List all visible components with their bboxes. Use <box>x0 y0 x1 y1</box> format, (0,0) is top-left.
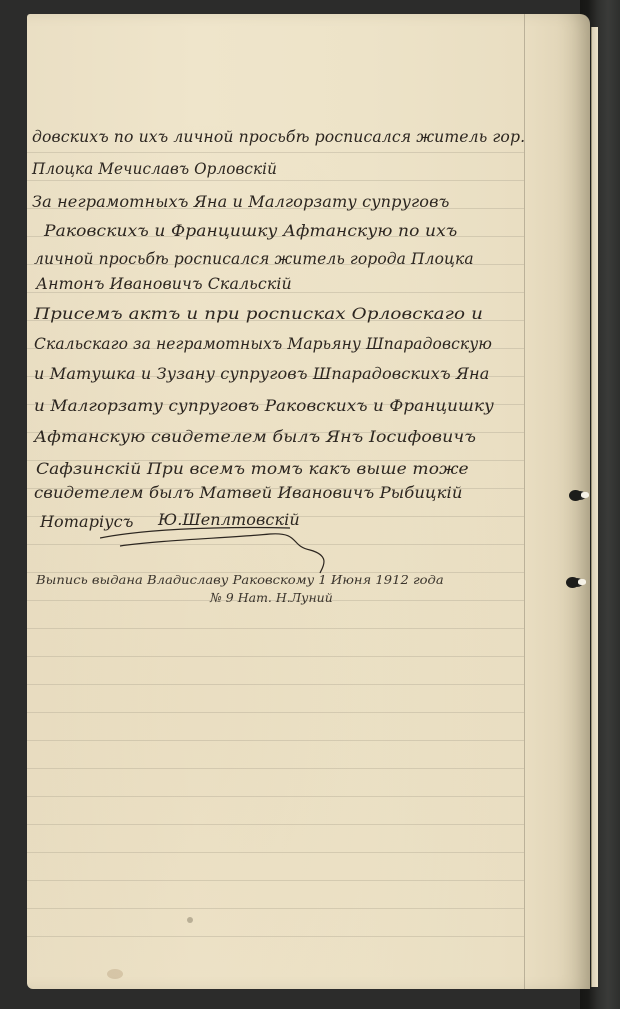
ruled-line <box>27 712 524 713</box>
ruled-line <box>27 908 524 909</box>
text-line: Афтанскую свидетелем былъ Янъ Іосифовичъ <box>34 428 476 446</box>
signature-flourish <box>100 518 330 578</box>
paper-stain <box>187 917 193 923</box>
next-page-edge <box>591 27 598 987</box>
issuance-note: Выпись выдана Владиславу Раковскому 1 Ию… <box>36 572 444 587</box>
binding-hole <box>569 490 582 501</box>
text-line: личной просьбѣ росписался житель города … <box>34 250 474 268</box>
text-line: и Малгорзату супруговъ Раковскихъ и Фран… <box>34 397 494 415</box>
ruled-line <box>27 656 524 657</box>
text-line: и Матушка и Зузану супруговъ Шпарадовски… <box>34 365 489 383</box>
text-line: довскихъ по ихъ личной просьбѣ росписалс… <box>32 128 525 146</box>
text-line: свидетелем былъ Матвей Ивановичъ Рыбицкі… <box>34 484 463 502</box>
document-scan: довскихъ по ихъ личной просьбѣ росписалс… <box>0 0 620 1009</box>
text-line: Скальскаго за неграмотныхъ Марьяну Шпара… <box>34 335 492 353</box>
text-line: Антонъ Ивановичъ Скальскій <box>36 275 292 293</box>
margin-line <box>524 14 525 989</box>
ruled-line <box>27 628 524 629</box>
issuance-note-ref: № 9 Нат. Н.Луний <box>210 590 333 605</box>
ruled-line <box>27 936 524 937</box>
text-line: Сафзинскій При всемъ томъ какъ выше тоже <box>36 460 469 478</box>
binding-hole <box>566 577 579 588</box>
ruled-line <box>27 824 524 825</box>
text-line: За неграмотныхъ Яна и Малгорзату супруго… <box>32 193 449 211</box>
ruled-line <box>27 740 524 741</box>
text-line: Раковскихъ и Францишку Афтанскую по ихъ <box>44 222 457 240</box>
ruled-line <box>27 684 524 685</box>
ruled-line <box>27 852 524 853</box>
paper-stain <box>107 969 123 979</box>
ruled-line <box>27 768 524 769</box>
ruled-line <box>27 796 524 797</box>
text-line: Присемъ актъ и при росписках Орловскаго … <box>34 305 483 323</box>
text-line: Плоцка Мечиславъ Орловскій <box>32 160 277 178</box>
ruled-line <box>27 880 524 881</box>
ruled-line <box>27 180 524 181</box>
ruled-line <box>27 152 524 153</box>
